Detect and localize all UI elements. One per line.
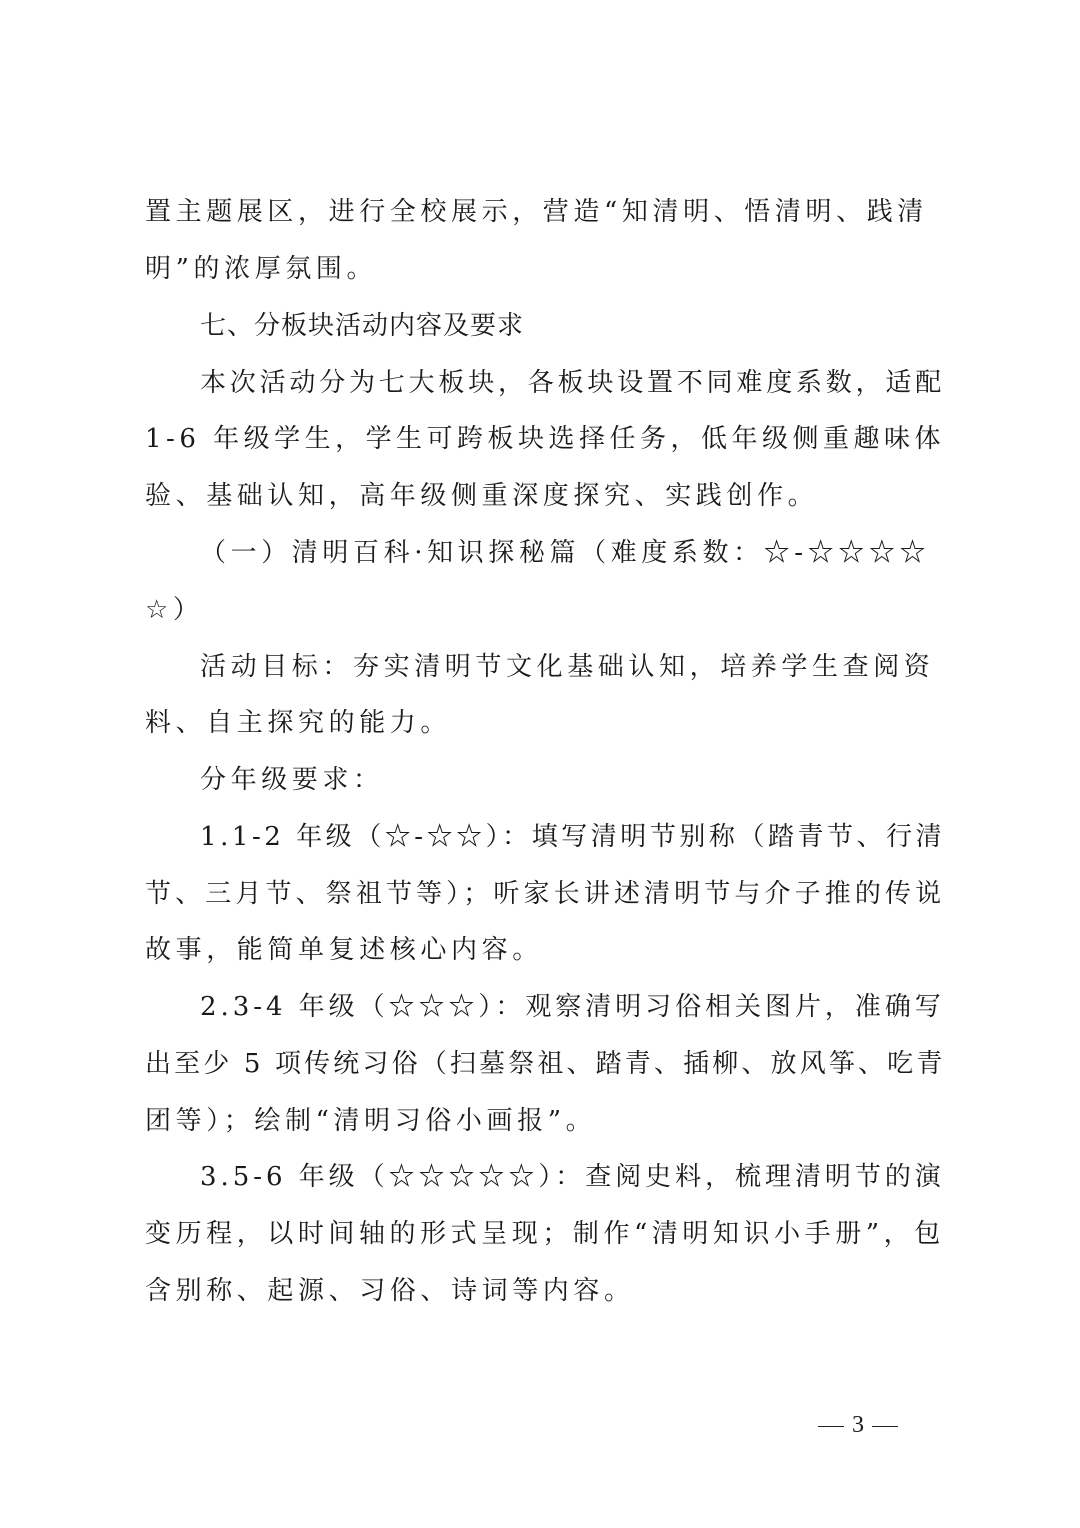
section-heading: 七、分板块活动内容及要求 xyxy=(200,311,945,341)
footer-dash-left xyxy=(818,1426,844,1427)
text-line: 团等）；绘制“清明习俗小画报”。 xyxy=(145,1106,945,1136)
text-line: 故事，能简单复述核心内容。 xyxy=(145,935,945,965)
page-footer: 3 xyxy=(810,1410,906,1440)
document-page: 置主题展区，进行全校展示，营造“知清明、悟清明、践清明”的浓厚氛围。七、分板块活… xyxy=(0,0,1080,1528)
text-line: 节、三月节、祭祖节等）；听家长讲述清明节与介子推的传说 xyxy=(145,879,945,909)
text-line: 含别称、起源、习俗、诗词等内容。 xyxy=(145,1276,945,1306)
text-line: 活动目标：夯实清明节文化基础认知，培养学生查阅资 xyxy=(200,652,945,682)
text-line: ☆） xyxy=(145,595,945,625)
footer-dash-right xyxy=(872,1426,898,1427)
text-line: （一）清明百科·知识探秘篇（难度系数：☆-☆☆☆☆ xyxy=(200,538,945,568)
text-line: 1-6 年级学生，学生可跨板块选择任务，低年级侧重趣味体 xyxy=(145,424,945,454)
text-line: 本次活动分为七大板块，各板块设置不同难度系数，适配 xyxy=(200,368,945,398)
text-line: 明”的浓厚氛围。 xyxy=(145,254,945,284)
text-line: 3.5-6 年级（☆☆☆☆☆）：查阅史料，梳理清明节的演 xyxy=(200,1162,945,1192)
page-number: 3 xyxy=(852,1412,864,1438)
text-line: 置主题展区，进行全校展示，营造“知清明、悟清明、践清 xyxy=(145,197,945,227)
text-line: 验、基础认知，高年级侧重深度探究、实践创作。 xyxy=(145,481,945,511)
text-line: 料、自主探究的能力。 xyxy=(145,708,945,738)
text-line: 变历程，以时间轴的形式呈现；制作“清明知识小手册”，包 xyxy=(145,1219,945,1249)
text-line: 出至少 5 项传统习俗（扫墓祭祖、踏青、插柳、放风筝、吃青 xyxy=(145,1049,945,1079)
text-line: 分年级要求： xyxy=(200,765,945,795)
text-line: 2.3-4 年级（☆☆☆）：观察清明习俗相关图片，准确写 xyxy=(200,992,945,1022)
text-line: 1.1-2 年级（☆-☆☆）：填写清明节别称（踏青节、行清 xyxy=(200,822,945,852)
